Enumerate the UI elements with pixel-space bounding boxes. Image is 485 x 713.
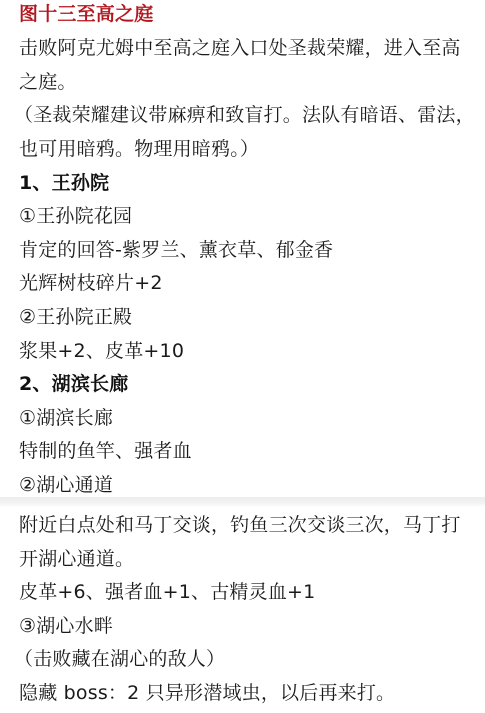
subsection-line: 肯定的回答-紫罗兰、薰衣草、郁金香 [19, 238, 333, 262]
subsection-line: 特制的鱼竿、强者血 [19, 439, 192, 463]
subsection-line: 开湖心通道。 [19, 547, 134, 571]
intro-note-line: （圣裁荣耀建议带麻痹和致盲打。法队有暗语、雷法， [14, 103, 475, 127]
intro-note-line: 也可用暗鸦。物理用暗鸦。） [19, 137, 259, 161]
subsection-title: ①王孙院花园 [19, 204, 132, 228]
subsection-line: 隐藏 boss：2 只异形潜域虫，以后再来打。 [19, 681, 395, 705]
image-seam-divider [0, 497, 485, 507]
subsection-title: ②王孙院正殿 [19, 305, 132, 329]
subsection-title: ②湖心通道 [19, 473, 113, 497]
subsection-title: ③湖心水畔 [19, 614, 113, 638]
intro-line: 击败阿克尤姆中至高之庭入口处圣裁荣耀，进入至高 [19, 36, 461, 60]
intro-line: 之庭。 [19, 70, 77, 94]
subsection-line: （击败藏在湖心的敌人） [14, 647, 225, 671]
subsection-title: ①湖滨长廊 [19, 406, 113, 430]
subsection-line: 光辉树枝碎片+2 [19, 271, 163, 295]
subsection-line: 附近白点处和马丁交谈，钓鱼三次交谈三次，马丁打 [19, 513, 461, 537]
page-title: 图十三至高之庭 [19, 2, 153, 26]
section-heading: 1、王孙院 [19, 171, 109, 195]
section-heading: 2、湖滨长廊 [19, 372, 128, 396]
subsection-line: 浆果+2、皮革+10 [19, 339, 184, 363]
subsection-line: 皮革+6、强者血+1、古精灵血+1 [19, 580, 315, 604]
